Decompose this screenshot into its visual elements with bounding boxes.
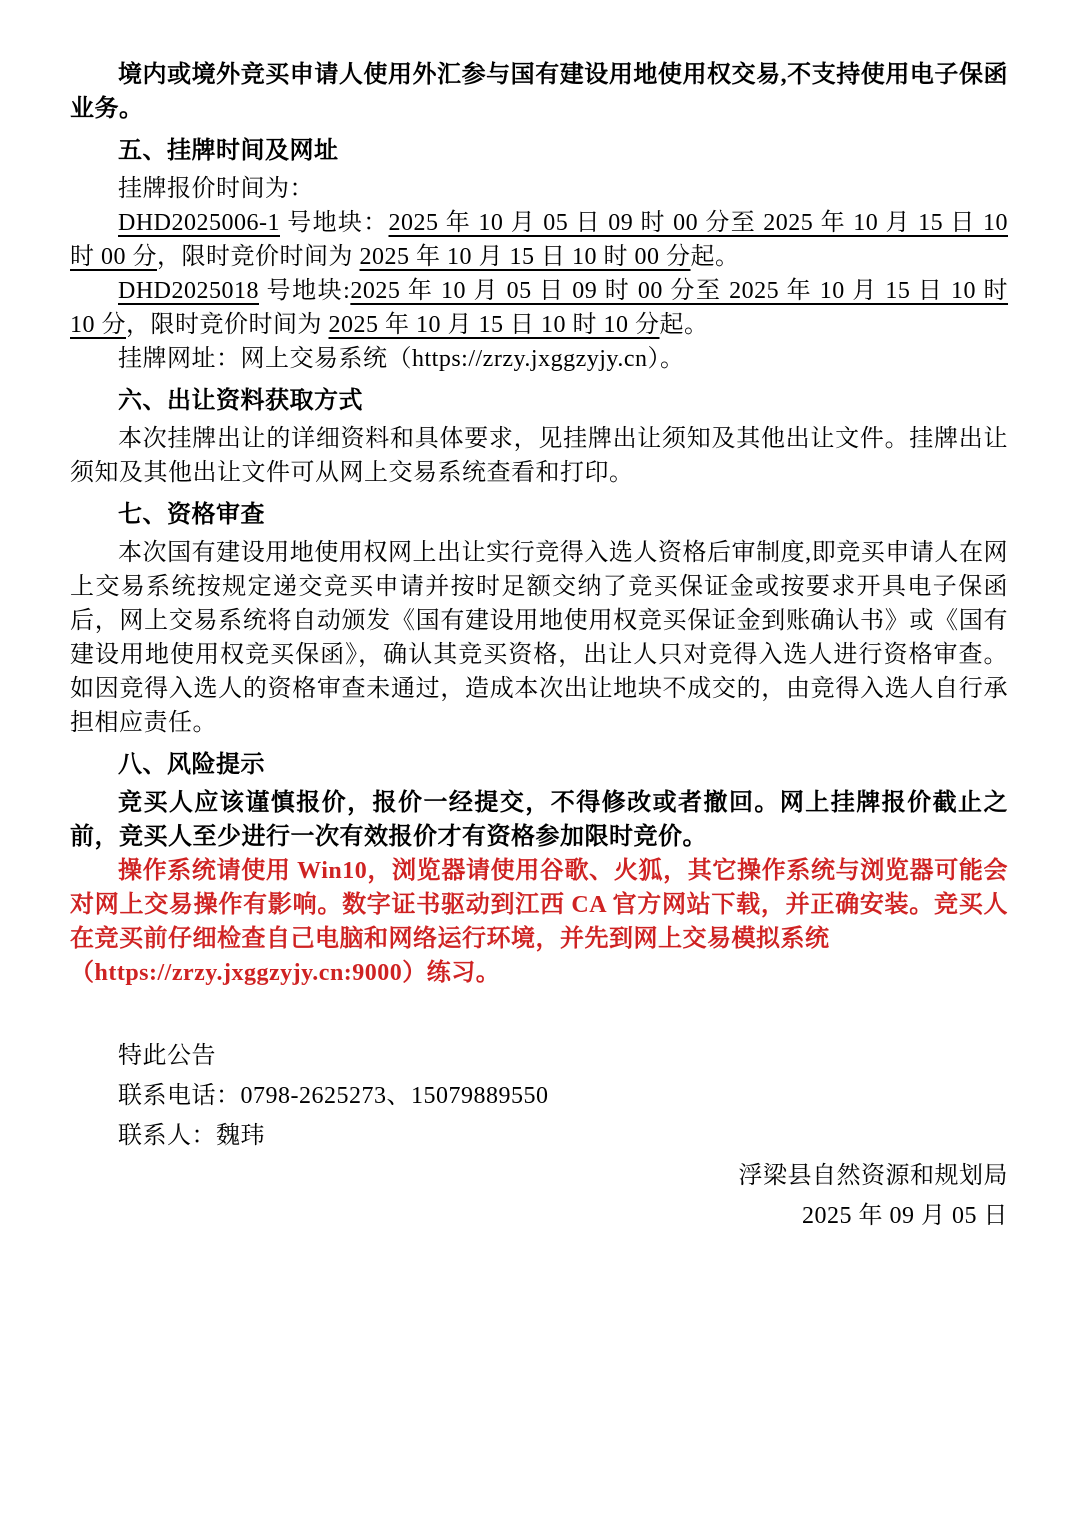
simulation-url-line: （https://zrzy.jxggzyjy.cn:9000）练习。 bbox=[70, 956, 1008, 990]
parcel-1-code: DHD2025006-1 bbox=[118, 210, 280, 236]
issue-date: 2025 年 09 月 05 日 bbox=[70, 1196, 1008, 1236]
materials-access-body: 本次挂牌出让的详细资料和具体要求，见挂牌出让须知及其他出让文件。挂牌出让须知及其… bbox=[70, 422, 1008, 490]
parcel-2-mid-text: ，限时竞价时间为 bbox=[126, 312, 329, 338]
parcel-2-label: 号地块: bbox=[259, 278, 350, 304]
parcel-1-timed-start: 2025 年 10 月 15 日 10 时 00 分 bbox=[360, 244, 691, 270]
parcel-2-timed-start: 2025 年 10 月 15 日 10 时 10 分 bbox=[329, 312, 660, 338]
forex-funding-note: 境内或境外竞买申请人使用外汇参与国有建设用地使用权交易,不支持使用电子保函业务。 bbox=[70, 58, 1008, 126]
parcel-1-schedule: DHD2025006-1 号地块：2025 年 10 月 05 日 09 时 0… bbox=[70, 206, 1008, 274]
section-8-heading: 八、风险提示 bbox=[70, 748, 1008, 782]
announcement-document: 境内或境外竞买申请人使用外汇参与国有建设用地使用权交易,不支持使用电子保函业务。… bbox=[0, 0, 1074, 1520]
qualification-review-body: 本次国有建设用地使用权网上出让实行竞得入选人资格后审制度,即竞买申请人在网上交易… bbox=[70, 536, 1008, 740]
system-requirements-note: 操作系统请使用 Win10，浏览器请使用谷歌、火狐，其它操作系统与浏览器可能会对… bbox=[70, 854, 1008, 956]
parcel-2-tail-text: 起。 bbox=[660, 312, 709, 338]
listing-website-line: 挂牌网址：网上交易系统（https://zrzy.jxggzyjy.cn）。 bbox=[70, 342, 1008, 376]
parcel-1-tail-text: 起。 bbox=[691, 244, 740, 270]
issuer-name: 浮梁县自然资源和规划局 bbox=[70, 1156, 1008, 1196]
section-5-heading: 五、挂牌时间及网址 bbox=[70, 134, 1008, 168]
contact-phone-line: 联系电话：0798-2625273、15079889550 bbox=[70, 1076, 1008, 1116]
parcel-2-code: DHD2025018 bbox=[118, 278, 259, 304]
parcel-1-label: 号地块： bbox=[280, 210, 389, 236]
closing-block: 特此公告 联系电话：0798-2625273、15079889550 联系人：魏… bbox=[70, 1036, 1008, 1236]
parcel-1-mid-text: ，限时竞价时间为 bbox=[157, 244, 360, 270]
parcel-2-schedule: DHD2025018 号地块:2025 年 10 月 05 日 09 时 00 … bbox=[70, 274, 1008, 342]
section-7-heading: 七、资格审查 bbox=[70, 498, 1008, 532]
announcement-closing: 特此公告 bbox=[70, 1036, 1008, 1076]
listing-time-intro: 挂牌报价时间为： bbox=[70, 172, 1008, 206]
contact-person-line: 联系人：魏玮 bbox=[70, 1116, 1008, 1156]
bidding-warning-note: 竞买人应该谨慎报价，报价一经提交，不得修改或者撤回。网上挂牌报价截止之前，竞买人… bbox=[70, 786, 1008, 854]
section-6-heading: 六、出让资料获取方式 bbox=[70, 384, 1008, 418]
